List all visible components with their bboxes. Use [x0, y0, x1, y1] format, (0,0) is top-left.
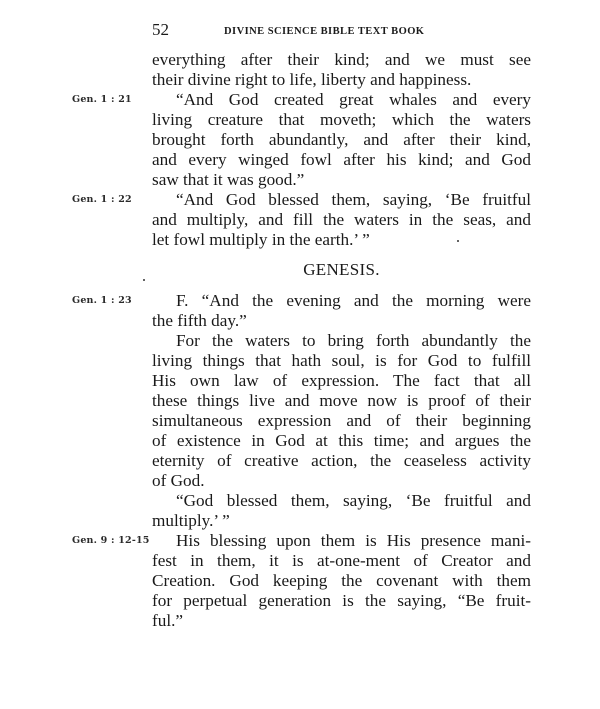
page-number: 52	[152, 18, 169, 42]
text-line: His own law of expression. The fact that…	[152, 371, 531, 391]
text-line: living things that hath soul, is for God…	[152, 351, 531, 371]
page-header: 52 DIVINE SCIENCE BIBLE TEXT BOOK	[152, 18, 532, 42]
margin-note-gen-1-23: Gen. 1 : 23	[72, 291, 132, 311]
text-line: multiply.’ ”	[152, 511, 531, 531]
print-speck	[457, 240, 459, 242]
section-heading: GENESIS.	[152, 259, 531, 281]
text-line: and every winged fowl after his kind; an…	[152, 150, 531, 170]
text-line: For the waters to bring forth abundantly…	[152, 331, 531, 351]
text-line: and multiply, and fill the waters in the…	[152, 210, 531, 230]
text-block-1: everything after their kind; and we must…	[152, 50, 531, 250]
text-line: these things live and move now is proof …	[152, 391, 531, 411]
text-line: living creature that moveth; which the w…	[152, 110, 531, 130]
text-line: Creation. God keeping the covenant with …	[152, 571, 531, 591]
text-line: everything after their kind; and we must…	[152, 50, 531, 70]
running-title: DIVINE SCIENCE BIBLE TEXT BOOK	[224, 20, 424, 44]
text-line: “And God blessed them, saying, ‘Be fruit…	[152, 190, 531, 210]
text-line: simultaneous expression and of their beg…	[152, 411, 531, 431]
text-line: saw that it was good.”	[152, 170, 531, 190]
print-speck	[143, 279, 145, 281]
margin-note-gen-1-22: Gen. 1 : 22	[72, 190, 132, 210]
text-line: His blessing upon them is His presence m…	[152, 531, 531, 551]
text-line: of God.	[152, 471, 531, 491]
text-line: “And God created great whales and every	[152, 90, 531, 110]
text-line: the fifth day.”	[152, 311, 531, 331]
text-line: ful.”	[152, 611, 531, 631]
text-block-2: F. “And the evening and the morning were…	[152, 291, 531, 631]
text-line: F. “And the evening and the morning were	[152, 291, 531, 311]
text-line: eternity of creative action, the ceasele…	[152, 451, 531, 471]
text-line: “God blessed them, saying, ‘Be fruitful …	[152, 491, 531, 511]
margin-note-gen-9-12-15: Gen. 9 : 12-15	[72, 531, 150, 551]
text-line: let fowl multiply in the earth.’ ”	[152, 230, 531, 250]
text-line: for perpetual generation is the saying, …	[152, 591, 531, 611]
text-line: fest in them, it is at-one-ment of Creat…	[152, 551, 531, 571]
margin-note-gen-1-21: Gen. 1 : 21	[72, 90, 132, 110]
text-line: of existence in God at this time; and ar…	[152, 431, 531, 451]
text-line: brought forth abundantly, and after thei…	[152, 130, 531, 150]
text-line: their divine right to life, liberty and …	[152, 70, 531, 90]
